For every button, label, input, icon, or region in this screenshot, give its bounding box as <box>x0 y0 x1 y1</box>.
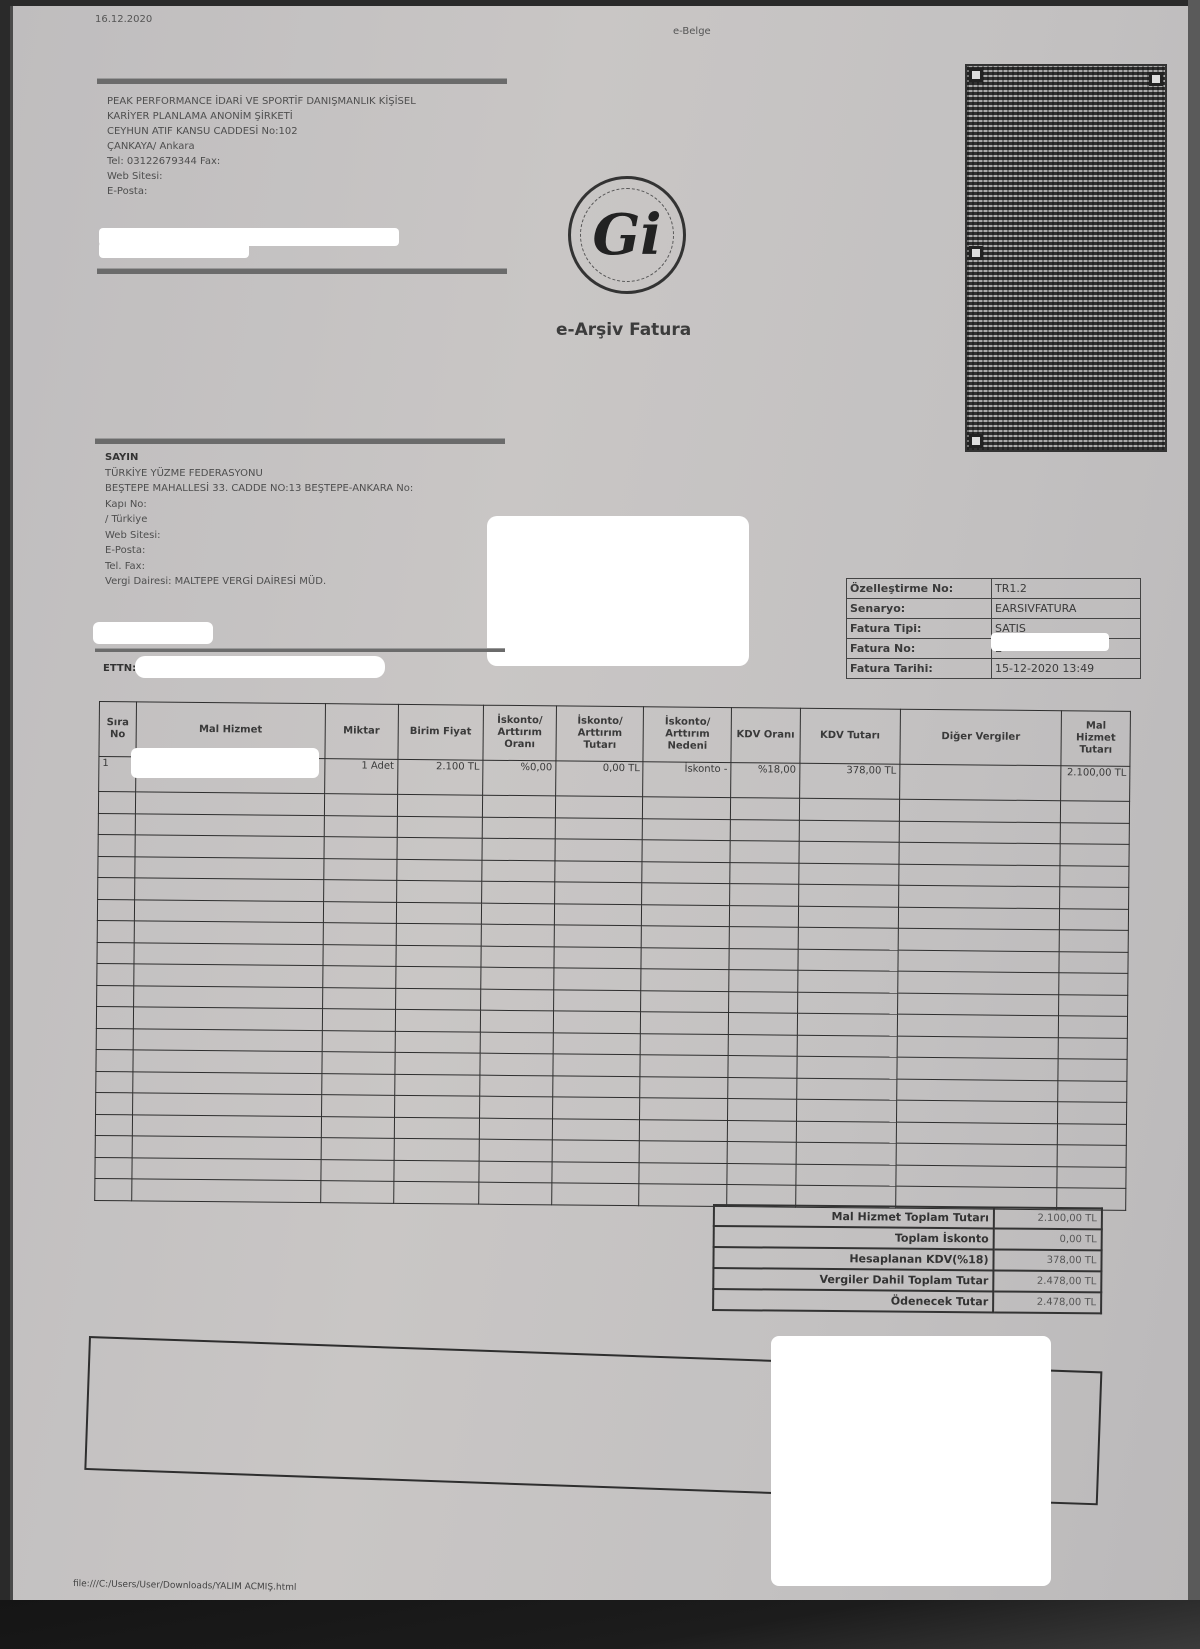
column-header: İskonto/ Arttırım Tutarı <box>556 706 644 762</box>
ettn-rule <box>95 648 505 652</box>
redaction-bank-info <box>771 1336 1051 1586</box>
table-cell <box>482 860 555 882</box>
table-cell <box>899 864 1061 887</box>
table-cell <box>97 920 134 942</box>
table-cell <box>96 1028 133 1050</box>
table-cell <box>642 861 730 883</box>
table-cell <box>480 1032 553 1054</box>
table-cell <box>553 1075 641 1097</box>
table-cell <box>555 839 643 861</box>
seller-bottom-rule <box>97 268 507 274</box>
table-cell <box>798 863 898 885</box>
table-cell <box>322 1052 395 1074</box>
table-cell <box>1061 801 1130 823</box>
seller-phone: Tel: 03122679344 Fax: <box>107 154 527 169</box>
table-cell <box>1058 1080 1127 1102</box>
table-cell <box>133 1028 322 1051</box>
table-cell <box>642 840 730 862</box>
table-cell <box>95 1135 132 1157</box>
meta-label: Fatura Tarihi: <box>847 659 992 679</box>
table-cell <box>639 1162 727 1184</box>
totals-label: Vergiler Dahil Toplam Tutar <box>713 1268 993 1291</box>
table-cell <box>896 1143 1058 1166</box>
table-cell <box>555 860 643 882</box>
table-cell: %18,00 <box>731 763 800 799</box>
table-cell <box>898 971 1060 994</box>
table-cell: 1 Adet <box>324 759 397 795</box>
buyer-heading: SAYIN <box>105 450 525 466</box>
totals-value: 2.478,00 TL <box>993 1291 1101 1313</box>
table-cell <box>396 902 482 924</box>
table-cell <box>796 1099 896 1121</box>
table-cell <box>640 1119 728 1141</box>
table-cell <box>729 927 798 949</box>
table-cell <box>321 1116 394 1138</box>
table-cell <box>554 925 642 947</box>
table-cell <box>1060 844 1129 866</box>
table-cell <box>481 903 554 925</box>
table-cell: 0,00 TL <box>556 761 644 797</box>
table-cell <box>727 1142 796 1164</box>
table-cell <box>898 907 1060 930</box>
table-cell <box>728 1034 797 1056</box>
table-cell <box>95 1157 132 1179</box>
meta-label: Senaryo: <box>847 599 992 619</box>
table-cell <box>135 878 324 901</box>
table-cell <box>641 969 729 991</box>
table-cell <box>553 1011 641 1033</box>
table-cell <box>97 985 134 1007</box>
table-cell <box>797 1013 897 1035</box>
table-cell <box>899 842 1061 865</box>
redaction-seller-tax-2 <box>99 242 249 258</box>
buyer-top-rule <box>95 438 505 444</box>
qr-finder-icon <box>1149 72 1163 86</box>
table-cell <box>98 877 135 899</box>
table-cell <box>98 792 135 814</box>
table-cell <box>640 1055 728 1077</box>
table-cell <box>555 796 643 818</box>
table-cell <box>483 795 556 817</box>
table-cell <box>96 1071 133 1093</box>
table-cell <box>1061 822 1130 844</box>
table-cell <box>396 945 482 967</box>
table-cell <box>553 1032 641 1054</box>
table-cell <box>797 1056 897 1078</box>
table-cell <box>321 1138 394 1160</box>
seller-address: CEYHUN ATIF KANSU CADDESİ No:102 <box>107 124 527 139</box>
redaction-signature <box>487 516 749 666</box>
table-cell <box>323 966 396 988</box>
qr-finder-icon <box>969 246 983 260</box>
table-cell <box>730 798 799 820</box>
footer-file-url: file:///C:/Users/User/Downloads/YALIM AC… <box>73 1579 297 1593</box>
table-cell <box>132 1093 321 1116</box>
table-cell <box>1058 1123 1127 1145</box>
table-cell <box>133 1007 322 1030</box>
table-cell <box>322 1073 395 1095</box>
table-cell <box>797 970 897 992</box>
table-cell <box>95 1114 132 1136</box>
table-cell <box>321 1095 394 1117</box>
table-cell <box>552 1097 640 1119</box>
table-cell <box>394 1138 480 1160</box>
table-cell <box>554 882 642 904</box>
table-cell <box>729 991 798 1013</box>
table-cell <box>479 1139 552 1161</box>
buyer-email: E-Posta: <box>105 543 525 559</box>
table-cell <box>97 942 134 964</box>
table-cell <box>133 1050 322 1073</box>
table-cell <box>96 1092 133 1114</box>
table-cell <box>324 794 397 816</box>
table-cell <box>640 1076 728 1098</box>
table-cell <box>730 862 799 884</box>
gib-seal-glyph: Gi <box>580 188 674 282</box>
table-cell <box>642 926 730 948</box>
table-cell <box>798 884 898 906</box>
table-cell <box>396 923 482 945</box>
table-cell <box>396 859 482 881</box>
table-cell <box>480 1010 553 1032</box>
buyer-tax-office: Vergi Dairesi: MALTEPE VERGİ DAİRESİ MÜD… <box>105 574 525 590</box>
meta-row: Özelleştirme No:TR1.2 <box>847 579 1141 599</box>
table-cell <box>323 880 396 902</box>
table-cell <box>135 792 324 815</box>
table-cell <box>480 1053 553 1075</box>
table-cell <box>897 993 1059 1016</box>
meta-row: Fatura Tarihi:15-12-2020 13:49 <box>847 659 1141 679</box>
table-cell <box>482 881 555 903</box>
table-cell <box>899 799 1061 822</box>
table-cell <box>797 1035 897 1057</box>
table-cell <box>397 794 483 816</box>
table-cell <box>324 837 397 859</box>
meta-value: EARSIVFATURA <box>992 599 1141 619</box>
redaction-item-name <box>131 748 319 778</box>
table-cell <box>730 841 799 863</box>
table-cell <box>729 948 798 970</box>
redaction-ettn <box>135 656 385 678</box>
column-header: KDV Oranı <box>731 708 800 764</box>
table-cell <box>896 1122 1058 1145</box>
qr-finder-icon <box>969 68 983 82</box>
redaction-invoice-no <box>991 633 1109 651</box>
table-cell <box>552 1140 640 1162</box>
table-cell <box>322 1009 395 1031</box>
table-cell <box>480 1075 553 1097</box>
table-cell <box>395 966 481 988</box>
background-edge <box>1188 0 1200 1649</box>
table-cell <box>1059 930 1128 952</box>
table-cell <box>729 970 798 992</box>
table-cell <box>1059 1016 1128 1038</box>
buyer-door-no: Kapı No: <box>105 497 525 513</box>
print-header-title: e-Belge <box>673 26 711 37</box>
table-cell <box>797 992 897 1014</box>
table-cell <box>482 838 555 860</box>
table-cell <box>641 947 729 969</box>
table-cell <box>898 928 1060 951</box>
qr-code-icon <box>965 64 1167 452</box>
table-cell <box>730 819 799 841</box>
column-header: Sıra No <box>99 702 136 757</box>
table-cell <box>395 1031 481 1053</box>
totals-value: 2.100,00 TL <box>994 1207 1102 1229</box>
table-cell <box>394 1160 480 1182</box>
table-cell: 2.100 TL <box>397 759 483 795</box>
table-cell <box>395 1052 481 1074</box>
table-cell <box>96 1006 133 1028</box>
table-cell <box>897 1014 1059 1037</box>
column-header: İskonto/ Arttırım Nedeni <box>643 707 731 763</box>
table-cell <box>796 1121 896 1143</box>
table-cell <box>1060 887 1129 909</box>
table-cell <box>394 1074 480 1096</box>
table-cell <box>899 821 1061 844</box>
table-cell <box>798 906 898 928</box>
meta-value: TR1.2 <box>992 579 1141 599</box>
table-cell <box>1060 908 1129 930</box>
table-cell <box>552 1118 640 1140</box>
table-cell <box>552 1183 640 1205</box>
buyer-block: SAYIN TÜRKİYE YÜZME FEDERASYONU BEŞTEPE … <box>105 450 525 590</box>
table-cell <box>640 1141 728 1163</box>
table-cell <box>799 841 899 863</box>
table-cell <box>897 1036 1059 1059</box>
table-cell: 2.100,00 TL <box>1061 766 1130 802</box>
table-cell <box>95 1178 132 1200</box>
buyer-name: TÜRKİYE YÜZME FEDERASYONU <box>105 466 525 482</box>
table-cell <box>1060 865 1129 887</box>
invoice-meta-table: Özelleştirme No:TR1.2Senaryo:EARSIVFATUR… <box>846 578 1141 679</box>
table-cell <box>393 1181 479 1203</box>
table-cell <box>728 1056 797 1078</box>
table-cell <box>132 1179 321 1202</box>
table-cell <box>552 1161 640 1183</box>
table-cell <box>796 1164 896 1186</box>
table-cell <box>324 858 397 880</box>
table-cell <box>1058 1102 1127 1124</box>
table-cell <box>554 968 642 990</box>
table-cell <box>1059 994 1128 1016</box>
totals-row: Ödenecek Tutar2.478,00 TL <box>713 1289 1101 1313</box>
table-cell <box>1057 1145 1126 1167</box>
column-header: Miktar <box>325 704 398 760</box>
table-cell <box>727 1120 796 1142</box>
table-cell <box>896 1100 1058 1123</box>
table-cell <box>553 1054 641 1076</box>
meta-row: Senaryo:EARSIVFATURA <box>847 599 1141 619</box>
table-cell <box>481 967 554 989</box>
table-cell <box>133 1071 322 1094</box>
table-cell <box>639 1184 727 1206</box>
buyer-country: / Türkiye <box>105 512 525 528</box>
table-cell <box>898 950 1060 973</box>
table-cell <box>96 1049 133 1071</box>
table-cell <box>396 880 482 902</box>
table-cell <box>799 798 899 820</box>
table-cell <box>1058 1037 1127 1059</box>
totals-label: Toplam İskonto <box>714 1226 994 1249</box>
table-cell <box>554 946 642 968</box>
meta-label: Fatura No: <box>847 639 992 659</box>
table-cell <box>555 817 643 839</box>
totals-value: 0,00 TL <box>994 1228 1102 1250</box>
column-header: KDV Tutarı <box>800 708 901 764</box>
table-cell <box>641 990 729 1012</box>
table-cell <box>798 927 898 949</box>
qr-finder-icon <box>969 434 983 448</box>
table-cell <box>642 883 730 905</box>
table-cell <box>482 817 555 839</box>
totals-table: Mal Hizmet Toplam Tutarı2.100,00 TLTopla… <box>712 1204 1103 1314</box>
table-cell <box>1057 1166 1126 1188</box>
table-cell <box>641 1012 729 1034</box>
table-cell <box>135 835 324 858</box>
table-cell <box>641 1033 729 1055</box>
table-cell <box>479 1161 552 1183</box>
table-cell <box>796 1078 896 1100</box>
meta-label: Fatura Tipi: <box>847 619 992 639</box>
table-cell: İskonto - <box>643 762 731 798</box>
totals-label: Hesaplanan KDV(%18) <box>713 1247 993 1270</box>
table-cell <box>553 989 641 1011</box>
table-cell <box>321 1181 394 1203</box>
table-cell <box>134 921 323 944</box>
table-cell <box>643 818 731 840</box>
table-cell <box>323 901 396 923</box>
table-cell <box>321 1159 394 1181</box>
table-cell <box>324 815 397 837</box>
table-cell <box>323 923 396 945</box>
table-cell <box>796 1142 896 1164</box>
table-cell <box>98 813 135 835</box>
column-header: Birim Fiyat <box>398 704 484 760</box>
table-cell <box>799 820 899 842</box>
table-cell <box>394 1095 480 1117</box>
column-header: İskonto/ Arttırım Oranı <box>483 705 556 761</box>
table-cell <box>727 1163 796 1185</box>
document-title: e-Arşiv Fatura <box>556 320 691 340</box>
table-cell <box>98 834 135 856</box>
table-cell <box>729 905 798 927</box>
buyer-address: BEŞTEPE MAHALLESİ 33. CADDE NO:13 BEŞTEP… <box>105 481 525 497</box>
table-cell <box>730 884 799 906</box>
column-header: Mal Hizmet Tutarı <box>1061 711 1130 767</box>
seller-email: E-Posta: <box>107 184 527 199</box>
table-cell <box>1059 973 1128 995</box>
table-cell <box>395 1009 481 1031</box>
table-cell <box>397 837 483 859</box>
invoice-paper: 16.12.2020 e-Belge PEAK PERFORMANCE İDAR… <box>10 6 1191 1606</box>
table-cell <box>728 1077 797 1099</box>
redaction-buyer-tax-no <box>93 622 213 644</box>
table-cell <box>135 813 324 836</box>
table-cell <box>897 1079 1059 1102</box>
seller-name-line1: PEAK PERFORMANCE İDARİ VE SPORTİF DANIŞM… <box>107 94 527 109</box>
table-cell <box>134 942 323 965</box>
table-cell <box>898 885 1060 908</box>
table-cell <box>728 1099 797 1121</box>
table-cell <box>481 946 554 968</box>
meta-value: 15-12-2020 13:49 <box>992 659 1141 679</box>
buyer-tel-fax: Tel. Fax: <box>105 559 525 575</box>
ettn-label: ETTN: <box>103 663 136 674</box>
table-cell <box>133 985 322 1008</box>
table-cell <box>1059 951 1128 973</box>
table-cell: 378,00 TL <box>799 763 900 799</box>
column-header: Diğer Vergiler <box>900 709 1062 766</box>
table-cell <box>479 1118 552 1140</box>
totals-label: Mal Hizmet Toplam Tutarı <box>714 1205 994 1228</box>
seller-city: ÇANKAYA/ Ankara <box>107 139 527 154</box>
print-date: 16.12.2020 <box>95 14 152 25</box>
table-cell <box>134 899 323 922</box>
seller-block: PEAK PERFORMANCE İDARİ VE SPORTİF DANIŞM… <box>107 94 527 199</box>
table-cell <box>397 816 483 838</box>
table-cell <box>132 1114 321 1137</box>
table-cell <box>640 1098 728 1120</box>
table-cell <box>798 949 898 971</box>
table-cell <box>97 899 134 921</box>
table-cell <box>132 1136 321 1159</box>
seller-web: Web Sitesi: <box>107 169 527 184</box>
table-cell <box>899 764 1061 801</box>
table-cell <box>98 856 135 878</box>
table-cell <box>479 1182 552 1204</box>
seller-top-rule <box>97 78 507 84</box>
gib-seal-icon: Gi <box>568 176 686 294</box>
totals-label: Ödenecek Tutar <box>713 1289 993 1312</box>
meta-label: Özelleştirme No: <box>847 579 992 599</box>
table-cell <box>896 1165 1058 1188</box>
table-cell <box>554 903 642 925</box>
table-cell <box>1058 1059 1127 1081</box>
table-cell <box>897 1057 1059 1080</box>
table-cell <box>132 1157 321 1180</box>
table-cell <box>394 1117 480 1139</box>
table-cell <box>481 989 554 1011</box>
totals-value: 2.478,00 TL <box>993 1270 1101 1292</box>
table-cell <box>481 924 554 946</box>
table-cell <box>134 964 323 987</box>
buyer-web: Web Sitesi: <box>105 528 525 544</box>
table-cell <box>480 1096 553 1118</box>
totals-value: 378,00 TL <box>993 1249 1101 1271</box>
table-cell <box>395 988 481 1010</box>
background-surface <box>0 1600 1200 1649</box>
table-cell: %0,00 <box>483 760 556 796</box>
table-cell <box>97 963 134 985</box>
table-cell <box>728 1013 797 1035</box>
table-cell <box>322 1030 395 1052</box>
table-cell <box>323 944 396 966</box>
seller-name-line2: KARİYER PLANLAMA ANONİM ŞİRKETİ <box>107 109 527 124</box>
table-cell <box>135 856 324 879</box>
table-cell <box>322 987 395 1009</box>
table-cell <box>643 797 731 819</box>
table-cell <box>642 904 730 926</box>
